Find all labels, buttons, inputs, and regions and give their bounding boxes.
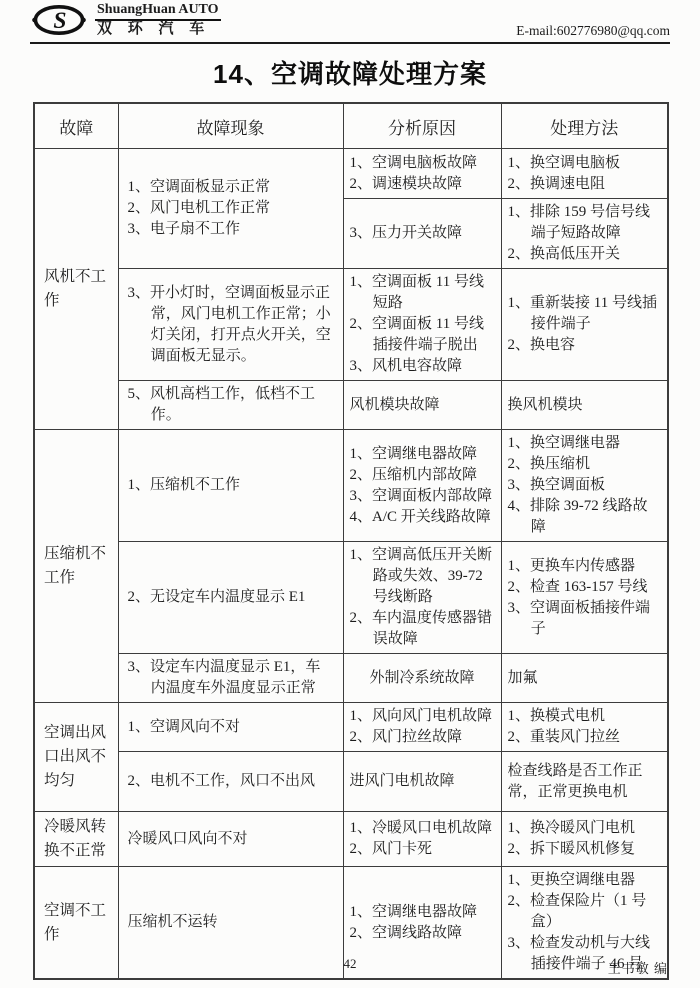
cell-line: 3、空调面板插接件端子 [508,598,662,640]
brand-logo: S ShuangHuan AUTO 双 环 汽 车 [30,0,221,42]
cell-line: 2、风门电机工作正常 [128,198,335,219]
phenomenon-cell: 5、风机高档工作，低档不工作。 [118,381,343,430]
svg-text:S: S [53,8,66,34]
cell-line: 压缩机不运转 [128,912,335,933]
cause-cell: 1、空调电脑板故障2、调速模块故障 [343,149,501,199]
table-row: 2、电机不工作，风口不出风 进风门电机故障 检查线路是否工作正常，正常更换电机 [34,752,668,812]
editor-credit: 王书敏 编 [608,958,668,977]
phenomenon-cell: 2、电机不工作，风口不出风 [118,752,343,812]
cell-line: 1、压缩机不工作 [128,475,335,496]
cause-cell: 1、空调面板 11 号线短路2、空调面板 11 号线插接件端子脱出3、风机电容故… [343,269,501,381]
method-cell: 1、排除 159 号信号线端子短路故障2、换高低压开关 [501,199,668,269]
phenomenon-cell: 3、设定车内温度显示 E1，车内温度车外温度显示正常 [118,654,343,703]
cell-line: 4、排除 39-72 线路故障 [508,496,662,538]
fault-cell: 冷暖风转换不正常 [34,812,118,867]
method-cell: 1、换模式电机2、重装风门拉丝 [501,703,668,752]
method-cell: 加氟 [501,654,668,703]
method-cell: 换风机模块 [501,381,668,430]
cell-line: 2、换调速电阻 [508,174,662,195]
cell-line: 1、换空调电脑板 [508,153,662,174]
cell-line: 2、电机不工作，风口不出风 [128,771,335,792]
phenomenon-cell: 1、空调风向不对 [118,703,343,752]
cell-line: 2、换电容 [508,335,662,356]
phenomenon-cell: 1、空调面板显示正常2、风门电机工作正常3、电子扇不工作 [118,149,343,269]
table-row: 3、设定车内温度显示 E1，车内温度车外温度显示正常 外制冷系统故障 加氟 [34,654,668,703]
phenomenon-cell: 2、无设定车内温度显示 E1 [118,542,343,654]
method-cell: 1、更换车内传感器2、检查 163-157 号线3、空调面板插接件端子 [501,542,668,654]
cell-line: 3、压力开关故障 [350,223,495,244]
method-cell: 1、换冷暖风门电机2、拆下暖风机修复 [501,812,668,867]
cell-line: 1、重新装接 11 号线插接件端子 [508,293,662,335]
fault-cell: 空调出风口出风不均匀 [34,703,118,812]
cell-line: 冷暖风口风向不对 [128,829,335,850]
cell-line: 1、排除 159 号信号线端子短路故障 [508,202,662,244]
cell-line: 1、空调高低压开关断路或失效、39-72 号线断路 [350,545,495,608]
cause-cell: 进风门电机故障 [343,752,501,812]
method-cell: 检查线路是否工作正常，正常更换电机 [501,752,668,812]
brand-text: ShuangHuan AUTO 双 环 汽 车 [95,2,221,38]
document-page: S ShuangHuan AUTO 双 环 汽 车 E-mail:6027769… [0,0,700,988]
cell-line: 3、开小灯时，空调面板显示正常，风门电机工作正常；小灯关闭，打开点火开关，空调面… [128,283,335,367]
cell-line: 换风机模块 [508,395,662,416]
cell-line: 1、更换车内传感器 [508,556,662,577]
cause-cell: 3、压力开关故障 [343,199,501,269]
phenomenon-cell: 1、压缩机不工作 [118,430,343,542]
table-row: 3、开小灯时，空调面板显示正常，风门电机工作正常；小灯关闭，打开点火开关，空调面… [34,269,668,381]
cell-line: 5、风机高档工作，低档不工作。 [128,384,335,426]
table-row: 空调出风口出风不均匀 1、空调风向不对 1、风向风门电机故障2、风门拉丝故障 1… [34,703,668,752]
cell-line: 2、车内温度传感器错误故障 [350,608,495,650]
cell-line: 2、空调面板 11 号线插接件端子脱出 [350,314,495,356]
cell-line: 2、换高低压开关 [508,244,662,265]
table-row: 压缩机不工作 1、压缩机不工作 1、空调继电器故障2、压缩机内部故障3、空调面板… [34,430,668,542]
cell-line: 风机模块故障 [350,395,495,416]
table-row: 2、无设定车内温度显示 E1 1、空调高低压开关断路或失效、39-72 号线断路… [34,542,668,654]
brand-name-cn: 双 环 汽 车 [95,21,221,38]
contact-email: E-mail:602776980@qq.com [516,23,670,42]
cell-line: 2、压缩机内部故障 [350,465,495,486]
page-header: S ShuangHuan AUTO 双 环 汽 车 E-mail:6027769… [30,2,670,44]
table-row: 5、风机高档工作，低档不工作。 风机模块故障 换风机模块 [34,381,668,430]
cell-line: 2、调速模块故障 [350,174,495,195]
cell-line: 2、换压缩机 [508,454,662,475]
cell-line: 2、检查 163-157 号线 [508,577,662,598]
fault-cell: 压缩机不工作 [34,430,118,703]
cell-line: 1、更换空调继电器 [508,870,662,891]
col-header-cause: 分析原因 [343,103,501,149]
table-header-row: 故障 故障现象 分析原因 处理方法 [34,103,668,149]
cell-line: 3、设定车内温度显示 E1，车内温度车外温度显示正常 [128,657,335,699]
fault-table: 故障 故障现象 分析原因 处理方法 风机不工作 1、空调面板显示正常2、风门电机… [33,102,669,980]
cause-cell: 1、风向风门电机故障2、风门拉丝故障 [343,703,501,752]
brand-name-en: ShuangHuan AUTO [95,2,221,21]
cell-line: 1、风向风门电机故障 [350,706,495,727]
cell-line: 2、拆下暖风机修复 [508,839,662,860]
cell-line: 进风门电机故障 [350,771,495,792]
cell-line: 1、空调面板显示正常 [128,177,335,198]
cell-line: 1、换模式电机 [508,706,662,727]
cell-line: 1、空调继电器故障 [350,902,495,923]
cell-line: 3、电子扇不工作 [128,219,335,240]
table-row: 冷暖风转换不正常 冷暖风口风向不对 1、冷暖风口电机故障2、风门卡死 1、换冷暖… [34,812,668,867]
cell-line: 3、空调面板内部故障 [350,486,495,507]
page-number: 42 [0,956,700,972]
cell-line: 外制冷系统故障 [350,668,495,689]
cell-line: 4、A/C 开关线路故障 [350,507,495,528]
cell-line: 2、风门卡死 [350,839,495,860]
method-cell: 1、换空调电脑板2、换调速电阻 [501,149,668,199]
cause-cell: 1、冷暖风口电机故障2、风门卡死 [343,812,501,867]
cause-cell: 风机模块故障 [343,381,501,430]
table-row: 风机不工作 1、空调面板显示正常2、风门电机工作正常3、电子扇不工作 1、空调电… [34,149,668,199]
phenomenon-cell: 3、开小灯时，空调面板显示正常，风门电机工作正常；小灯关闭，打开点火开关，空调面… [118,269,343,381]
method-cell: 1、重新装接 11 号线插接件端子2、换电容 [501,269,668,381]
cell-line: 1、换空调继电器 [508,433,662,454]
cause-cell: 1、空调高低压开关断路或失效、39-72 号线断路2、车内温度传感器错误故障 [343,542,501,654]
shuanghuan-s-icon: S [30,0,88,40]
cell-line: 2、空调线路故障 [350,923,495,944]
cell-line: 检查线路是否工作正常，正常更换电机 [508,761,662,803]
col-header-method: 处理方法 [501,103,668,149]
fault-cell: 风机不工作 [34,149,118,430]
col-header-fault: 故障 [34,103,118,149]
cell-line: 2、重装风门拉丝 [508,727,662,748]
page-title: 14、空调故障处理方案 [0,54,700,91]
cell-line: 加氟 [508,668,662,689]
cell-line: 2、风门拉丝故障 [350,727,495,748]
cause-cell: 外制冷系统故障 [343,654,501,703]
method-cell: 1、换空调继电器2、换压缩机3、换空调面板4、排除 39-72 线路故障 [501,430,668,542]
cell-line: 3、风机电容故障 [350,356,495,377]
cell-line: 1、空调风向不对 [128,717,335,738]
cause-cell: 1、空调继电器故障2、压缩机内部故障3、空调面板内部故障4、A/C 开关线路故障 [343,430,501,542]
cell-line: 1、冷暖风口电机故障 [350,818,495,839]
cell-line: 3、换空调面板 [508,475,662,496]
phenomenon-cell: 冷暖风口风向不对 [118,812,343,867]
cell-line: 1、空调电脑板故障 [350,153,495,174]
col-header-phenomenon: 故障现象 [118,103,343,149]
cell-line: 1、换冷暖风门电机 [508,818,662,839]
cell-line: 1、空调继电器故障 [350,444,495,465]
cell-line: 1、空调面板 11 号线短路 [350,272,495,314]
cell-line: 2、无设定车内温度显示 E1 [128,587,335,608]
cell-line: 2、检查保险片（1 号盒） [508,891,662,933]
